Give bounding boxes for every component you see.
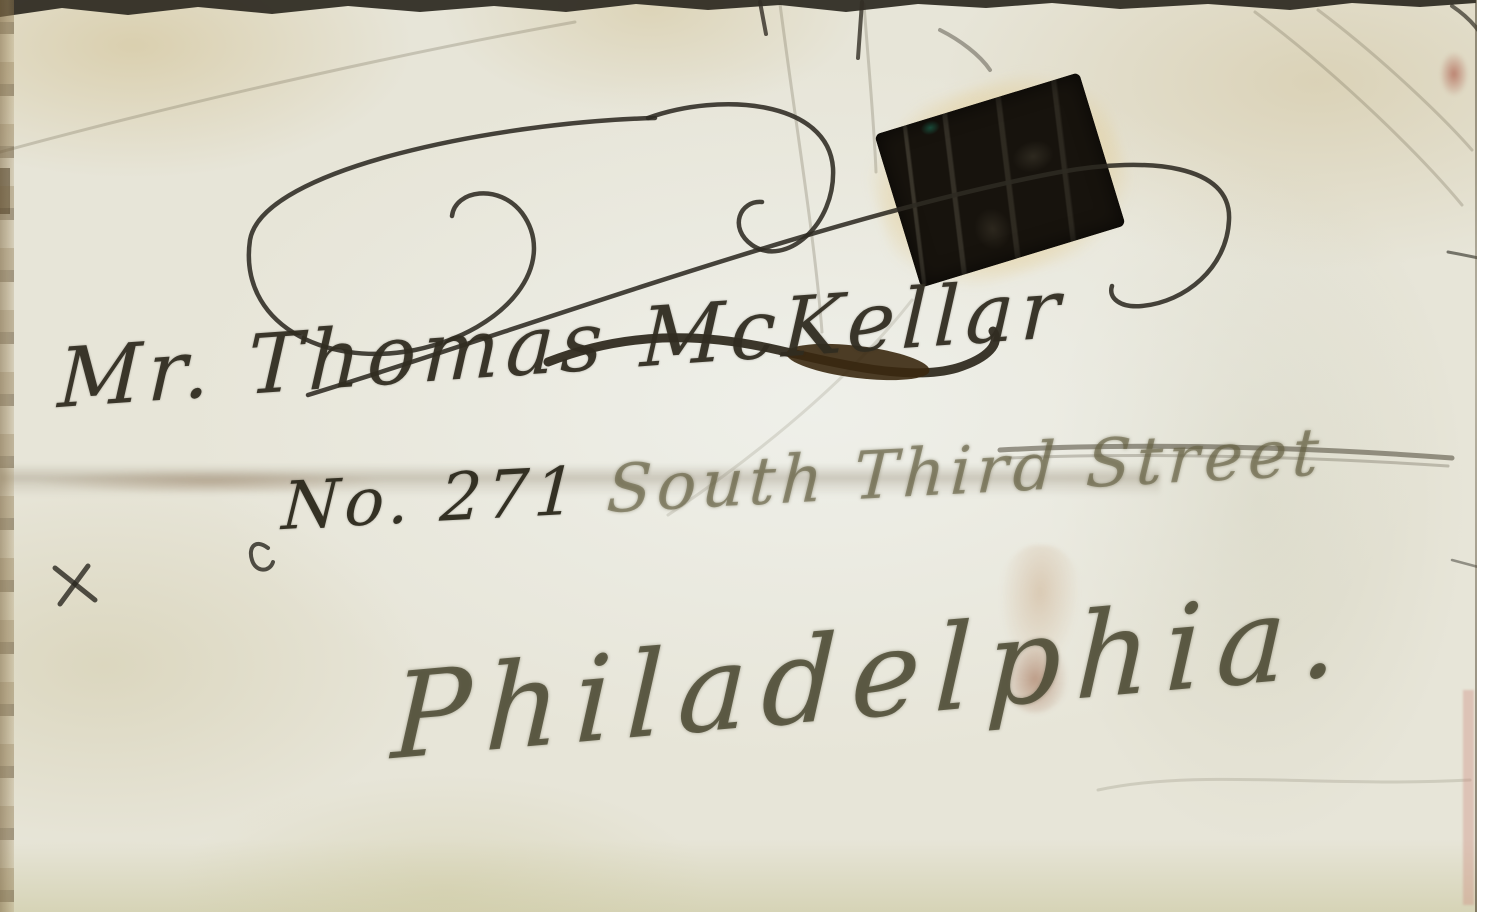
red-ink-fleck	[1436, 46, 1472, 102]
scanned-letter-cover: Mr. Thomas McKellar No. 271 South Third …	[0, 0, 1498, 912]
scanner-background-margin	[1477, 0, 1498, 912]
street-number: No. 271	[280, 452, 583, 545]
paper-edge-pink-tint	[1463, 690, 1474, 905]
paper-left-torn-edge	[0, 0, 14, 912]
